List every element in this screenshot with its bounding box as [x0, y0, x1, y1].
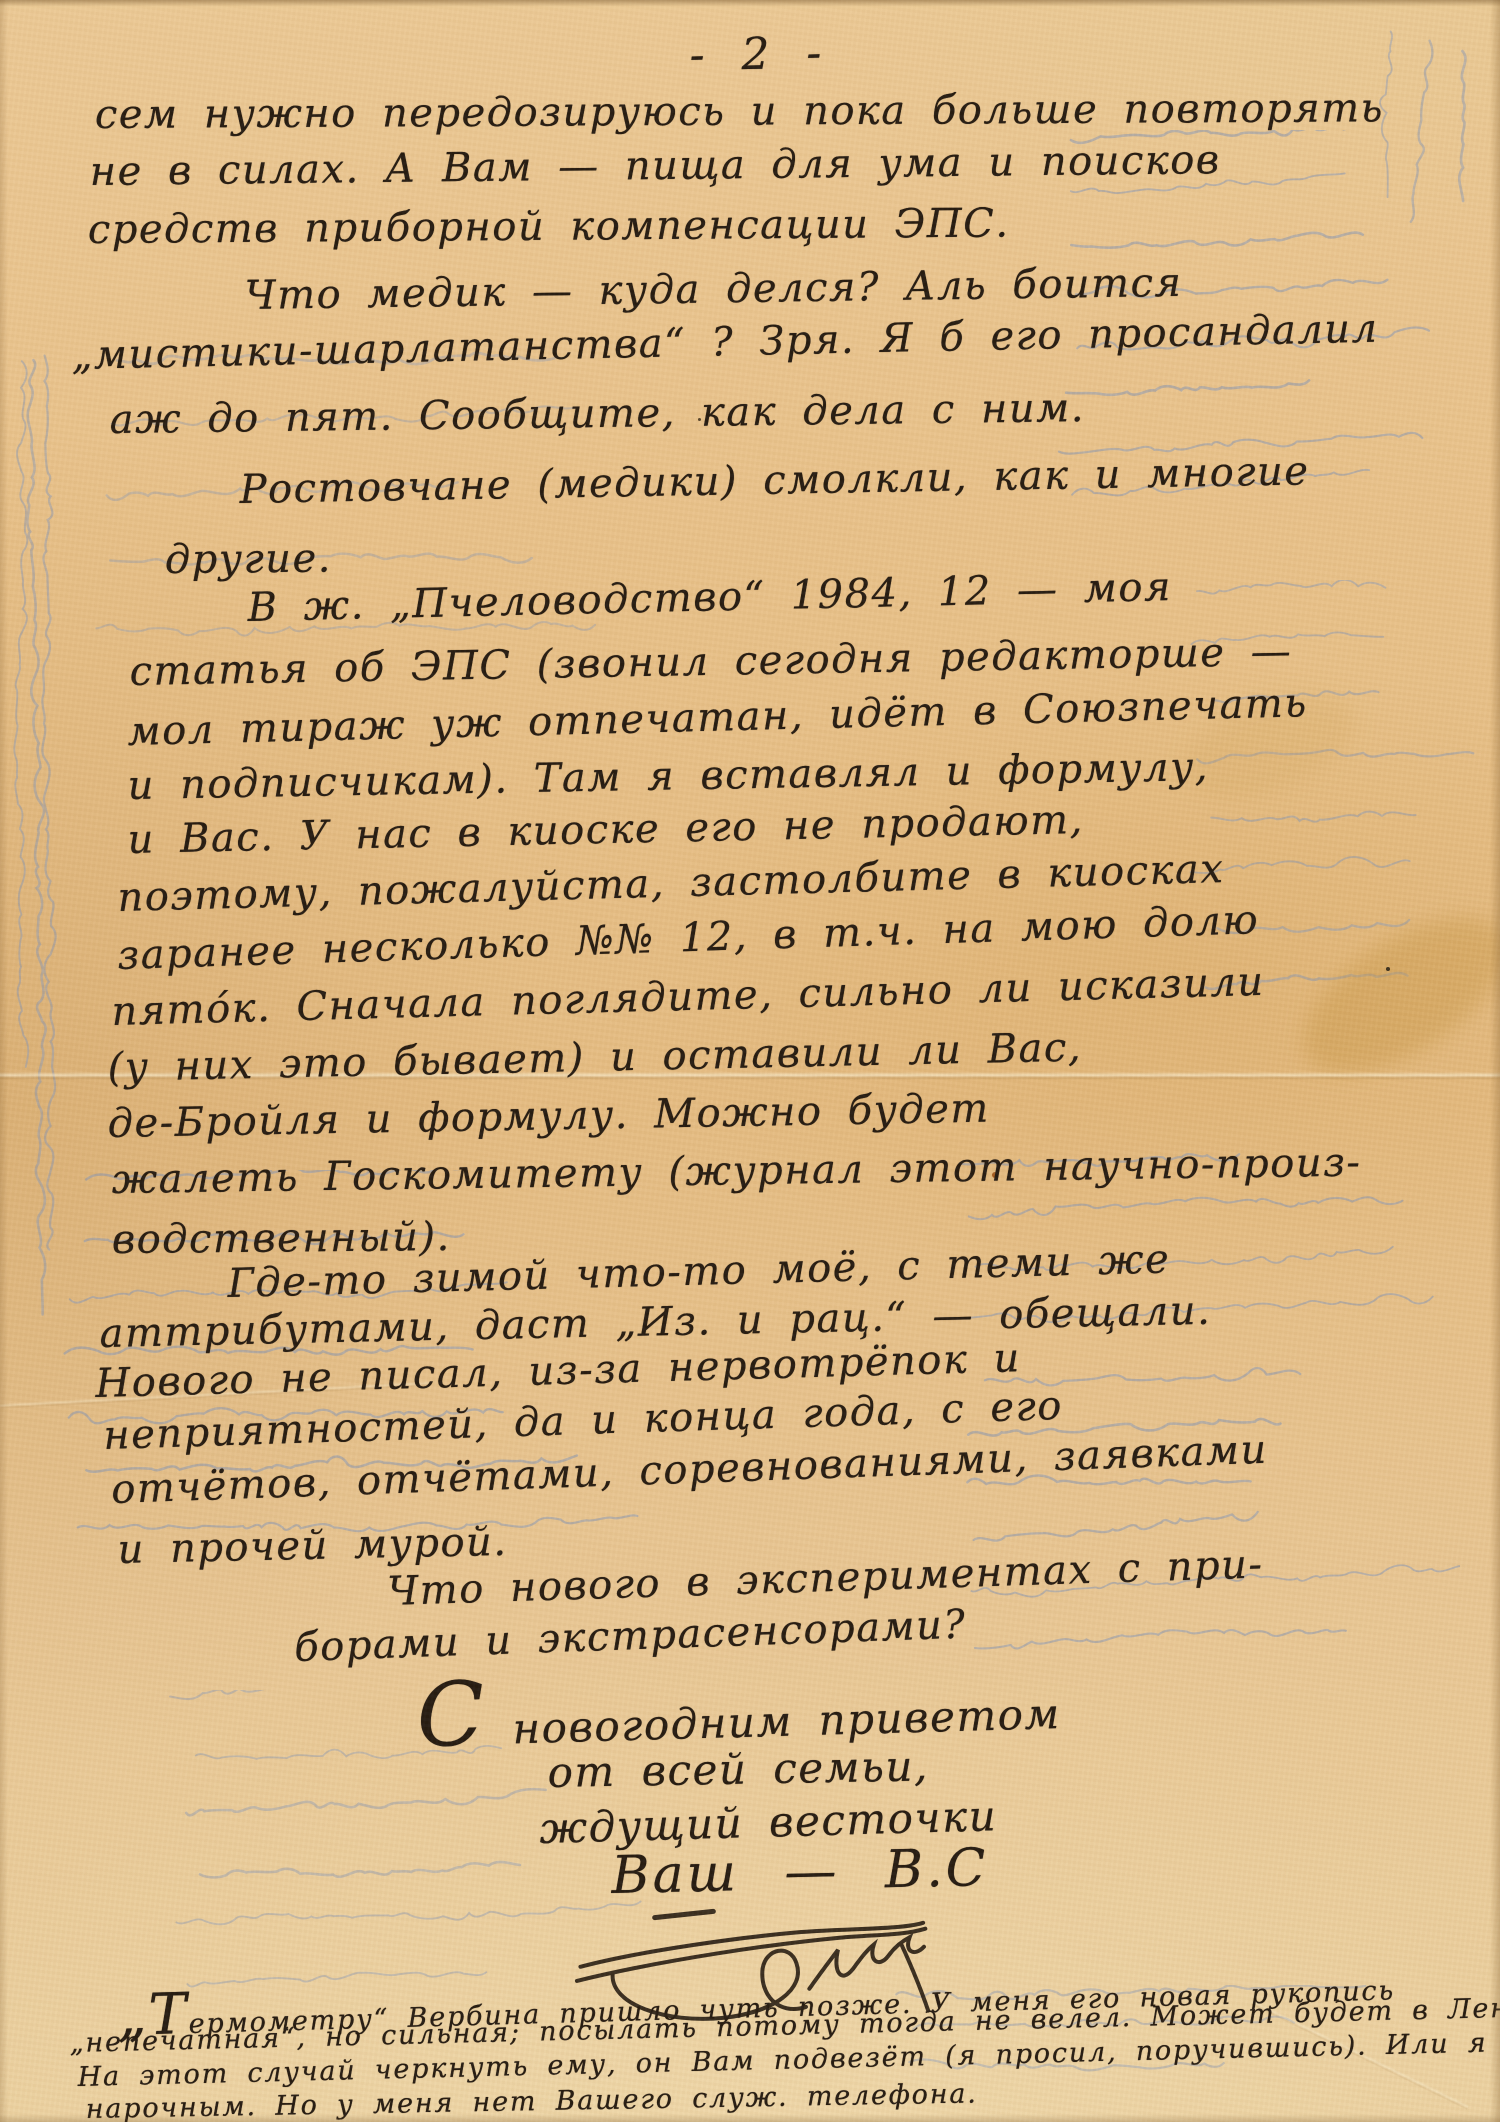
handwritten-line: средств приборной компенсации ЭПС. [88, 204, 1010, 250]
paper-edge [0, 2114, 1500, 2122]
handwritten-line: не в силах. А Вам — пища для ума и поиск… [90, 140, 1221, 192]
handwritten-line: аж до пят. Сообщите, как дела с ним. [110, 388, 1086, 440]
handwritten-line: водственный). [112, 1217, 451, 1260]
ink-speck [1386, 967, 1390, 971]
handwritten-line: статья об ЭПС (звонил сегодня редакторше… [129, 632, 1292, 692]
handwritten-line: (у них это бывает) и оставили ли Вас, [107, 1028, 1082, 1088]
paper-edge [0, 0, 8, 2122]
handwritten-line: и Вас. У нас в киоске его не продают, [127, 800, 1084, 860]
handwritten-line: и прочей мурой. [117, 1522, 508, 1570]
handwritten-line: Что медик — куда делся? Аль боится [244, 263, 1182, 316]
verso-writing-ghost [4, 330, 58, 1590]
paper-stain [1279, 886, 1500, 1104]
handwritten-line: де-Бройля и формулу. Можно будет [107, 1089, 990, 1144]
page-number: - 2 - [689, 32, 827, 78]
handwritten-line: В ж. „Пчеловодство“ 1984, 12 — моя [247, 567, 1172, 628]
handwritten-line: сем нужно передозируюсь и пока больше по… [95, 88, 1384, 135]
paper-edge [0, 0, 1500, 12]
paper-edge [1490, 0, 1500, 2122]
handwritten-line: жалеть Госкомитету (журнал этот научно-п… [111, 1143, 1361, 1200]
handwritten-line: Ростовчане (медики) смолкли, как и многи… [239, 451, 1309, 510]
signoff-name: Ваш — В.С [611, 1842, 989, 1902]
letter-page: - 2 - сем нужно передозируюсь и пока бол… [0, 0, 1500, 2122]
handwritten-line: другие. [165, 539, 332, 580]
handwritten-line: мол тираж уж отпечатан, идёт в Союзпечат… [127, 683, 1308, 752]
handwritten-line: Что нового в экспериментах с при- [387, 1544, 1264, 1612]
closing-line: от всей семьи, [547, 1745, 929, 1794]
handwritten-line: „мистики-шарлатанства“ ? Зря. Я б его пр… [71, 309, 1379, 376]
